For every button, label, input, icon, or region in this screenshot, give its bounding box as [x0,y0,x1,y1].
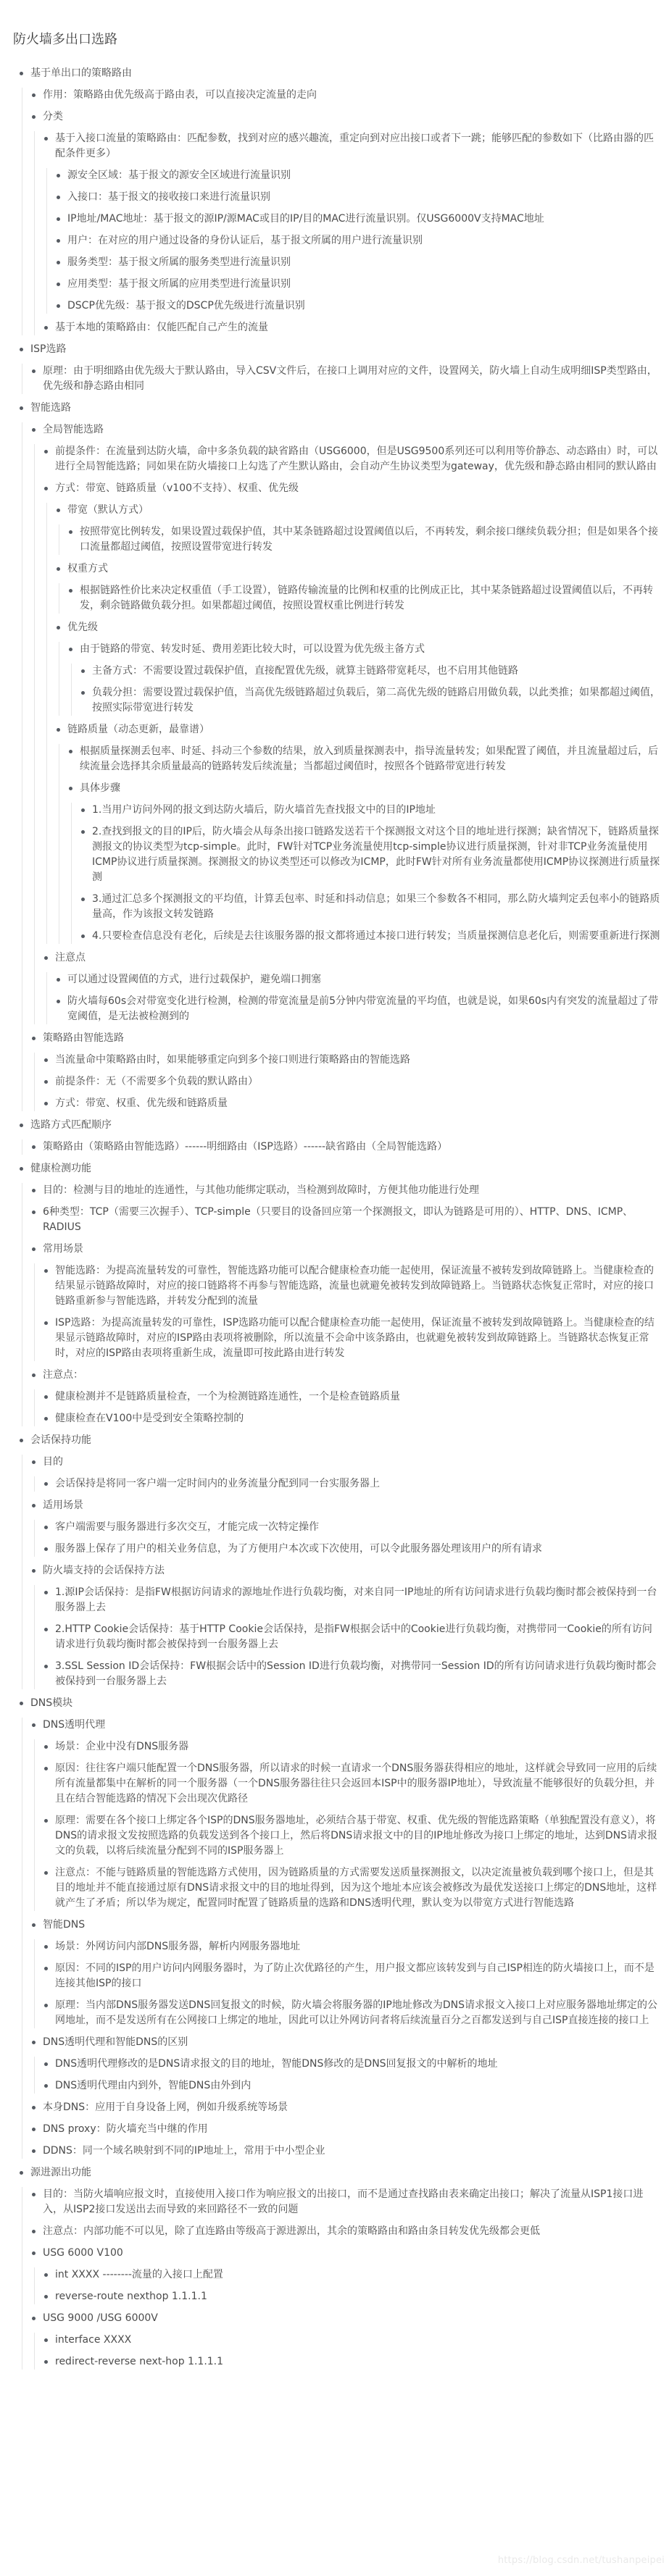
list-item-text: 原因：往往客户端只能配置一个DNS服务器，所以请求的时候一直请求一个DNS服务器… [55,1762,657,1805]
list-item-text: redirect-reverse next-hop 1.1.1.1 [55,2356,223,2367]
outline-list: 根据质量探测丢包率、时延、抖动三个参数的结果，放入到质量探测表中，指导流量转发；… [59,744,662,944]
outline-list: 场景：外网访问内部DNS服务器，解析内网服务器地址原因：不同的ISP的用户访问内… [34,1939,662,2028]
list-item-text: DNS透明代理由内到外，智能DNS由外到内 [55,2080,251,2091]
list-item-text: 策略路由智能选路 [43,1032,124,1044]
outline-list: 当流量命中策略路由时，如果能够重定向到多个接口则进行策略路由的智能选路前提条件：… [34,1053,662,1111]
list-item-text: 当流量命中策略路由时，如果能够重定向到多个接口则进行策略路由的智能选路 [55,1054,410,1066]
list-item: 权重方式根据链路性价比来决定权重值（手工设置），链路传输流量的比例和权重的比例成… [56,561,662,614]
list-item: 策略路由智能选路当流量命中策略路由时，如果能够重定向到多个接口则进行策略路由的智… [31,1031,662,1111]
list-item: 本身DNS：应用于自身设备上网，例如升级系统等场景 [31,2100,662,2115]
list-item-text: 源安全区域：基于报文的源安全区域进行流量识别 [67,170,291,181]
list-item-text: 健康检测并不是链路质量检查，一个为检测链路连通性，一个是检查链路质量 [55,1391,400,1402]
list-item-text: 1.源IP会话保持：是指FW根据访问请求的源地址作进行负载均衡，对来自同一IP地… [55,1586,657,1613]
list-item: 场景：企业中没有DNS服务器 [43,1739,662,1755]
list-item: 防火墙每60s会对带宽变化进行检测，检测的带宽流量是前5分钟内带宽流量的平均值，… [56,994,662,1024]
outline-list: 原理：由于明细路由优先级大于默认路由，导入CSV文件后，在接口上调用对应的文件，… [22,364,662,394]
list-item: 注意点：不能与链路质量的智能选路方式使用，因为链路质量的方式需要发送质量探测报文… [43,1865,662,1911]
list-item: 优先级由于链路的带宽、转发时延、费用差距比较大时，可以设置为优先级主备方式主备方… [56,620,662,716]
list-item-text: 原因：不同的ISP的用户访问内网服务器时，为了防止次优路径的产生，用户报文都应该… [55,1962,655,1989]
list-item: 用户：在对应的用户通过设备的身份认证后，基于报文所属的用户进行流量识别 [56,233,662,248]
list-item-text: 防火墙每60s会对带宽变化进行检测，检测的带宽流量是前5分钟内带宽流量的平均值，… [67,995,658,1022]
list-item-text: 可以通过设置阈值的方式，进行过载保护，避免端口拥塞 [67,974,321,985]
outline-list: 源安全区域：基于报文的源安全区域进行流量识别入接口：基于报文的接收接口来进行流量… [46,168,662,314]
list-item: 1.当用户访问外网的报文到达防火墙后，防火墙首先查找报文中的目的IP地址 [80,803,662,818]
list-item: redirect-reverse next-hop 1.1.1.1 [43,2354,662,2370]
list-item: 带宽（默认方式）按照带宽比例转发，如果设置过载保护值，其中某条链路超过设置阈值以… [56,503,662,555]
outline-list: 带宽（默认方式）按照带宽比例转发，如果设置过载保护值，其中某条链路超过设置阈值以… [46,503,662,944]
list-item: 3.通过汇总多个探测报文的平均值，计算丢包率、时延和抖动信息；如果三个参数各不相… [80,892,662,922]
list-item-text: 主备方式：不需要设置过载保护值，直接配置优先级，就算主链路带宽耗尽，也不启用其他… [92,665,518,677]
list-item: 根据链路性价比来决定权重值（手工设置），链路传输流量的比例和权重的比例成正比，其… [68,583,662,614]
list-item: 健康检测并不是链路质量检查，一个为检测链路连通性，一个是检查链路质量 [43,1389,662,1405]
list-item-text: DNS proxy：防火墙充当中继的作用 [43,2123,208,2135]
outline-list: 场景：企业中没有DNS服务器原因：往往客户端只能配置一个DNS服务器，所以请求的… [34,1739,662,1911]
list-item: 4.只要检查信息没有老化，后续是去往该服务器的报文都将通过本接口进行转发；当质量… [80,929,662,944]
list-item-text: DNS透明代理 [43,1719,105,1731]
list-item: 方式：带宽、权重、优先级和链路质量 [43,1096,662,1111]
list-item-text: 选路方式匹配顺序 [30,1119,112,1131]
list-item-text: ISP选路：为提高流量转发的可靠性，ISP选路功能可以配合健康检查功能一起使用，… [55,1317,655,1359]
list-item: reverse-route nexthop 1.1.1.1 [43,2289,662,2304]
list-item: 目的会话保持是将同一客户端一定时间内的业务流量分配到同一台实服务器上 [31,1455,662,1492]
list-item: 前提条件：无（不需要多个负载的默认路由） [43,1074,662,1090]
list-item: DSCP优先级：基于报文的DSCP优先级进行流量识别 [56,298,662,314]
outline-list: 前提条件：在流量到达防火墙，命中多条负载的缺省路由（USG6000，但是USG9… [34,444,662,1024]
list-item-text: DNS透明代理修改的是DNS请求报文的目的地址，智能DNS修改的是DNS回复报文… [55,2058,498,2070]
list-item-text: 方式：带宽、链路质量（v100不支持）、权重、优先级 [55,482,299,494]
outline-list: 会话保持是将同一客户端一定时间内的业务流量分配到同一台实服务器上 [34,1476,662,1492]
list-item: 注意点：健康检测并不是链路质量检查，一个为检测链路连通性，一个是检查链路质量健康… [31,1368,662,1426]
list-item: int XXXX --------流量的入接口上配置 [43,2267,662,2283]
list-item-text: 根据质量探测丢包率、时延、抖动三个参数的结果，放入到质量探测表中，指导流量转发；… [80,745,658,772]
list-item-text: 策略路由（策略路由智能选路）------明细路由（ISP选路）------缺省路… [43,1141,447,1153]
outline-list: 基于入接口流量的策略路由：匹配参数，找到对应的感兴趣流，重定向到对应出接口或者下… [34,131,662,335]
list-item-text: 场景：外网访问内部DNS服务器，解析内网服务器地址 [55,1941,300,1952]
list-item-text: 客户端需要与服务器进行多次交互，才能完成一次特定操作 [55,1521,319,1533]
list-item: 会话保持功能目的会话保持是将同一客户端一定时间内的业务流量分配到同一台实服务器上… [19,1433,662,1689]
list-item: 分类基于入接口流量的策略路由：匹配参数，找到对应的感兴趣流，重定向到对应出接口或… [31,109,662,335]
list-item-text: 3.通过汇总多个探测报文的平均值，计算丢包率、时延和抖动信息；如果三个参数各不相… [92,893,660,920]
list-item: 主备方式：不需要设置过载保护值，直接配置优先级，就算主链路带宽耗尽，也不启用其他… [80,664,662,679]
list-item: DNS透明代理修改的是DNS请求报文的目的地址，智能DNS修改的是DNS回复报文… [43,2057,662,2072]
list-item-text: DDNS：同一个域名映射到不同的IP地址上，常用于中小型企业 [43,2145,325,2157]
list-item: 按照带宽比例转发，如果设置过载保护值，其中某条链路超过设置阈值以后，不再转发，剩… [68,524,662,555]
outline-list: 按照带宽比例转发，如果设置过载保护值，其中某条链路超过设置阈值以后，不再转发，剩… [59,524,662,555]
list-item-text: 按照带宽比例转发，如果设置过载保护值，其中某条链路超过设置阈值以后，不再转发，剩… [80,526,658,553]
list-item-text: 基于单出口的策略路由 [30,67,132,79]
list-item-text: 4.只要检查信息没有老化，后续是去往该服务器的报文都将通过本接口进行转发；当质量… [92,930,660,942]
outline-list: 1.当用户访问外网的报文到达防火墙后，防火墙首先查找报文中的目的IP地址2.查找… [71,803,662,944]
list-item: 智能选路：为提高流量转发的可靠性，智能选路功能可以配合健康检查功能一起使用，保证… [43,1263,662,1309]
list-item: interface XXXX [43,2333,662,2348]
list-item-text: 2.HTTP Cookie会话保持：基于HTTP Cookie会话保持，是指FW… [55,1623,652,1650]
list-item: 原理：当内部DNS服务器发送DNS回复报文的时候，防火墙会将服务器的IP地址修改… [43,1998,662,2028]
list-item-text: 目的 [43,1456,63,1468]
page-title: 防火墙多出口选路 [13,30,662,49]
outline-list: 1.源IP会话保持：是指FW根据访问请求的源地址作进行负载均衡，对来自同一IP地… [34,1585,662,1689]
list-item: 入接口：基于报文的接收接口来进行流量识别 [56,190,662,205]
list-item: 具体步骤1.当用户访问外网的报文到达防火墙后，防火墙首先查找报文中的目的IP地址… [68,781,662,944]
list-item: 原因：往往客户端只能配置一个DNS服务器，所以请求的时候一直请求一个DNS服务器… [43,1761,662,1807]
list-item: DNS透明代理由内到外，智能DNS由外到内 [43,2078,662,2094]
list-item-text: 1.当用户访问外网的报文到达防火墙后，防火墙首先查找报文中的目的IP地址 [92,804,436,816]
list-item-text: 原理：由于明细路由优先级大于默认路由，导入CSV文件后，在接口上调用对应的文件，… [43,365,657,392]
outline-list: 目的：当防火墙响应报文时，直接使用入接口作为响应报文的出接口，而不是通过查找路由… [22,2187,662,2370]
list-item-text: 2.查找到报文的目的IP后，防火墙会从每条出接口链路发送若干个探测报文对这个目的… [92,826,660,883]
list-item: 注意点：内部功能不可以见，除了直连路由等级高于源进源出，其余的策略路由和路由条目… [31,2224,662,2239]
list-item: 健康检查在V100中是受到安全策略控制的 [43,1411,662,1426]
list-item: 常用场景智能选路：为提高流量转发的可靠性，智能选路功能可以配合健康检查功能一起使… [31,1242,662,1361]
list-item-text: 由于链路的带宽、转发时延、费用差距比较大时，可以设置为优先级主备方式 [80,643,425,655]
outline-list: 客户端需要与服务器进行多次交互，才能完成一次特定操作服务器上保存了用户的相关业务… [34,1520,662,1557]
list-item-text: USG 6000 V100 [43,2247,123,2259]
list-item: 目的：当防火墙响应报文时，直接使用入接口作为响应报文的出接口，而不是通过查找路由… [31,2187,662,2217]
list-item-text: 入接口：基于报文的接收接口来进行流量识别 [67,191,270,203]
list-item: 应用类型：基于报文所属的应用类型进行流量识别 [56,277,662,292]
list-item: 当流量命中策略路由时，如果能够重定向到多个接口则进行策略路由的智能选路 [43,1053,662,1068]
list-item: 客户端需要与服务器进行多次交互，才能完成一次特定操作 [43,1520,662,1535]
list-item-text: 前提条件：在流量到达防火墙，命中多条负载的缺省路由（USG6000，但是USG9… [55,446,657,472]
list-item-text: 注意点：内部功能不可以见，除了直连路由等级高于源进源出，其余的策略路由和路由条目… [43,2225,540,2237]
list-item-text: 原理：需要在各个接口上绑定各个ISP的DNS服务器地址，必须结合基于带宽、权重、… [55,1815,657,1857]
list-item: 3.SSL Session ID会话保持：FW根据会话中的Session ID进… [43,1659,662,1689]
list-item-text: reverse-route nexthop 1.1.1.1 [55,2291,207,2302]
outline-list: 作用：策略路由优先级高于路由表，可以直接决定流量的走向分类基于入接口流量的策略路… [22,88,662,335]
list-item-text: 场景：企业中没有DNS服务器 [55,1741,188,1752]
list-item-text: IP地址/MAC地址：基于报文的源IP/源MAC或目的IP/目的MAC进行流量识… [67,213,544,225]
list-item-text: 注意点： [43,1369,83,1381]
list-item-text: 会话保持是将同一客户端一定时间内的业务流量分配到同一台实服务器上 [55,1478,380,1489]
list-item: 注意点可以通过设置阈值的方式，进行过载保护，避免端口拥塞防火墙每60s会对带宽变… [43,950,662,1024]
list-item-text: 前提条件：无（不需要多个负载的默认路由） [55,1076,258,1087]
list-item-text: DNS模块 [30,1697,72,1709]
list-item-text: interface XXXX [55,2334,131,2346]
list-item: 可以通过设置阈值的方式，进行过载保护，避免端口拥塞 [56,972,662,987]
outline-list: DNS透明代理场景：企业中没有DNS服务器原因：往往客户端只能配置一个DNS服务… [22,1718,662,2159]
list-item-text: 目的：当防火墙响应报文时，直接使用入接口作为响应报文的出接口，而不是通过查找路由… [43,2188,643,2215]
outline-list: 可以通过设置阈值的方式，进行过载保护，避免端口拥塞防火墙每60s会对带宽变化进行… [46,972,662,1024]
watermark-url: https://blog.csdn.net/tushanpeipei [498,2555,665,2566]
outline-list: 健康检测并不是链路质量检查，一个为检测链路连通性，一个是检查链路质量健康检查在V… [34,1389,662,1426]
list-item-text: 具体步骤 [80,782,120,794]
list-item-text: 应用类型：基于报文所属的应用类型进行流量识别 [67,278,291,290]
list-item: 源安全区域：基于报文的源安全区域进行流量识别 [56,168,662,183]
list-item: 前提条件：在流量到达防火墙，命中多条负载的缺省路由（USG6000，但是USG9… [43,444,662,474]
outline-list: 目的：检测与目的地址的连通性，与其他功能绑定联动，当检测到故障时，方便其他功能进… [22,1183,662,1426]
list-item-text: 根据链路性价比来决定权重值（手工设置），链路传输流量的比例和权重的比例成正比，其… [80,585,653,611]
outline-list: 全局智能选路前提条件：在流量到达防火墙，命中多条负载的缺省路由（USG6000，… [22,422,662,1111]
list-item: 场景：外网访问内部DNS服务器，解析内网服务器地址 [43,1939,662,1954]
list-item-text: 适用场景 [43,1500,83,1511]
list-item-text: 防火墙支持的会话保持方法 [43,1565,165,1576]
list-item-text: 权重方式 [67,563,108,574]
list-item-text: int XXXX --------流量的入接口上配置 [55,2269,223,2280]
list-item-text: 智能选路 [30,402,71,414]
list-item: USG 9000 /USG 6000Vinterface XXXXredirec… [31,2311,662,2370]
list-item: 服务类型：基于报文所属的服务类型进行流量识别 [56,255,662,270]
outline-list: 目的会话保持是将同一客户端一定时间内的业务流量分配到同一台实服务器上适用场景客户… [22,1455,662,1689]
list-item: 1.源IP会话保持：是指FW根据访问请求的源地址作进行负载均衡，对来自同一IP地… [43,1585,662,1615]
list-item: ISP选路：为提高流量转发的可靠性，ISP选路功能可以配合健康检查功能一起使用，… [43,1316,662,1361]
list-item-text: 注意点 [55,952,86,963]
list-item: 防火墙支持的会话保持方法1.源IP会话保持：是指FW根据访问请求的源地址作进行负… [31,1563,662,1689]
list-item: 会话保持是将同一客户端一定时间内的业务流量分配到同一台实服务器上 [43,1476,662,1492]
list-item-text: DSCP优先级：基于报文的DSCP优先级进行流量识别 [67,300,305,311]
list-item: 6种类型：TCP（需要三次握手）、TCP-simple（只要目的设备回应第一个探… [31,1205,662,1235]
list-item-text: 常用场景 [43,1243,83,1255]
outline-list: 根据链路性价比来决定权重值（手工设置），链路传输流量的比例和权重的比例成正比，其… [59,583,662,614]
list-item: DNS proxy：防火墙充当中继的作用 [31,2122,662,2137]
list-item-text: 本身DNS：应用于自身设备上网，例如升级系统等场景 [43,2102,288,2113]
list-item-text: 源进源出功能 [30,2167,91,2178]
list-item-text: 3.SSL Session ID会话保持：FW根据会话中的Session ID进… [55,1660,657,1687]
list-item-text: 作用：策略路由优先级高于路由表，可以直接决定流量的走向 [43,89,317,101]
article-page: 防火墙多出口选路 基于单出口的策略路由作用：策略路由优先级高于路由表，可以直接决… [0,0,669,2427]
list-item-text: ISP选路 [30,343,66,355]
list-item-text: 健康检测功能 [30,1163,91,1174]
outline-list: 由于链路的带宽、转发时延、费用差距比较大时，可以设置为优先级主备方式主备方式：不… [59,642,662,716]
list-item: 适用场景客户端需要与服务器进行多次交互，才能完成一次特定操作服务器上保存了用户的… [31,1498,662,1557]
outline-list: 策略路由（策略路由智能选路）------明细路由（ISP选路）------缺省路… [22,1139,662,1155]
list-item: 链路质量（动态更新，最靠谱）根据质量探测丢包率、时延、抖动三个参数的结果，放入到… [56,722,662,944]
list-item: 策略路由（策略路由智能选路）------明细路由（ISP选路）------缺省路… [31,1139,662,1155]
list-item: IP地址/MAC地址：基于报文的源IP/源MAC或目的IP/目的MAC进行流量识… [56,212,662,227]
list-item: 原因：不同的ISP的用户访问内网服务器时，为了防止次优路径的产生，用户报文都应该… [43,1961,662,1991]
list-item: 智能DNS场景：外网访问内部DNS服务器，解析内网服务器地址原因：不同的ISP的… [31,1918,662,2028]
list-item: 基于入接口流量的策略路由：匹配参数，找到对应的感兴趣流，重定向到对应出接口或者下… [43,131,662,314]
list-item-text: 基于本地的策略路由：仅能匹配自己产生的流量 [55,322,268,333]
list-item: 全局智能选路前提条件：在流量到达防火墙，命中多条负载的缺省路由（USG6000，… [31,422,662,1024]
list-item: ISP选路原理：由于明细路由优先级大于默认路由，导入CSV文件后，在接口上调用对… [19,342,662,394]
list-item: 原理：需要在各个接口上绑定各个ISP的DNS服务器地址，必须结合基于带宽、权重、… [43,1813,662,1859]
list-item-text: 链路质量（动态更新，最靠谱） [67,724,209,735]
list-item-text: USG 9000 /USG 6000V [43,2312,158,2324]
outline-list: 主备方式：不需要设置过载保护值，直接配置优先级，就算主链路带宽耗尽，也不启用其他… [71,664,662,716]
list-item: 源进源出功能目的：当防火墙响应报文时，直接使用入接口作为响应报文的出接口，而不是… [19,2165,662,2370]
list-item: 2.HTTP Cookie会话保持：基于HTTP Cookie会话保持，是指FW… [43,1622,662,1652]
list-item: 智能选路全局智能选路前提条件：在流量到达防火墙，命中多条负载的缺省路由（USG6… [19,401,662,1111]
list-item: USG 6000 V100int XXXX --------流量的入接口上配置r… [31,2246,662,2304]
list-item: 健康检测功能目的：检测与目的地址的连通性，与其他功能绑定联动，当检测到故障时，方… [19,1161,662,1426]
list-item-text: 原理：当内部DNS服务器发送DNS回复报文的时候，防火墙会将服务器的IP地址修改… [55,1999,657,2026]
list-item: 方式：带宽、链路质量（v100不支持）、权重、优先级带宽（默认方式）按照带宽比例… [43,481,662,944]
list-item-text: 带宽（默认方式） [67,504,149,516]
list-item-text: 用户：在对应的用户通过设备的身份认证后，基于报文所属的用户进行流量识别 [67,235,423,246]
list-item: 作用：策略路由优先级高于路由表，可以直接决定流量的走向 [31,88,662,103]
list-item: 原理：由于明细路由优先级大于默认路由，导入CSV文件后，在接口上调用对应的文件，… [31,364,662,394]
list-item-text: 分类 [43,111,63,122]
list-item: DNS透明代理场景：企业中没有DNS服务器原因：往往客户端只能配置一个DNS服务… [31,1718,662,1911]
list-item: 基于单出口的策略路由作用：策略路由优先级高于路由表，可以直接决定流量的走向分类基… [19,66,662,335]
list-item-text: 负载分担：需要设置过载保护值，当高优先级链路超过负载后，第二高优先级的链路启用做… [92,687,660,714]
list-item: 选路方式匹配顺序策略路由（策略路由智能选路）------明细路由（ISP选路）-… [19,1118,662,1155]
outline-list: 智能选路：为提高流量转发的可靠性，智能选路功能可以配合健康检查功能一起使用，保证… [34,1263,662,1361]
list-item-text: 优先级 [67,622,98,633]
list-item-text: DNS透明代理和智能DNS的区别 [43,2036,188,2048]
list-item-text: 注意点：不能与链路质量的智能选路方式使用，因为链路质量的方式需要发送质量探测报文… [55,1867,657,1909]
outline: 基于单出口的策略路由作用：策略路由优先级高于路由表，可以直接决定流量的走向分类基… [13,66,662,2370]
list-item-text: 智能选路：为提高流量转发的可靠性，智能选路功能可以配合健康检查功能一起使用，保证… [55,1265,654,1307]
list-item: DDNS：同一个域名映射到不同的IP地址上，常用于中小型企业 [31,2144,662,2159]
outline-list: interface XXXXredirect-reverse next-hop … [34,2333,662,2370]
list-item: 目的：检测与目的地址的连通性，与其他功能绑定联动，当检测到故障时，方便其他功能进… [31,1183,662,1198]
list-item: DNS模块DNS透明代理场景：企业中没有DNS服务器原因：往往客户端只能配置一个… [19,1696,662,2159]
list-item-text: 智能DNS [43,1919,85,1931]
list-item: 服务器上保存了用户的相关业务信息，为了方便用户本次或下次使用，可以令此服务器处理… [43,1542,662,1557]
outline-list: DNS透明代理修改的是DNS请求报文的目的地址，智能DNS修改的是DNS回复报文… [34,2057,662,2094]
list-item: 负载分担：需要设置过载保护值，当高优先级链路超过负载后，第二高优先级的链路启用做… [80,685,662,716]
list-item: 2.查找到报文的目的IP后，防火墙会从每条出接口链路发送若干个探测报文对这个目的… [80,824,662,885]
outline-list: 基于单出口的策略路由作用：策略路由优先级高于路由表，可以直接决定流量的走向分类基… [13,66,662,2370]
list-item-text: 方式：带宽、权重、优先级和链路质量 [55,1097,228,1109]
list-item: DNS透明代理和智能DNS的区别DNS透明代理修改的是DNS请求报文的目的地址，… [31,2035,662,2094]
list-item-text: 基于入接口流量的策略路由：匹配参数，找到对应的感兴趣流，重定向到对应出接口或者下… [55,133,654,159]
list-item: 基于本地的策略路由：仅能匹配自己产生的流量 [43,320,662,335]
list-item-text: 会话保持功能 [30,1434,91,1446]
outline-list: int XXXX --------流量的入接口上配置reverse-route … [34,2267,662,2304]
list-item-text: 服务器上保存了用户的相关业务信息，为了方便用户本次或下次使用，可以令此服务器处理… [55,1543,542,1555]
list-item: 由于链路的带宽、转发时延、费用差距比较大时，可以设置为优先级主备方式主备方式：不… [68,642,662,716]
list-item-text: 6种类型：TCP（需要三次握手）、TCP-simple（只要目的设备回应第一个探… [43,1206,633,1233]
list-item: 根据质量探测丢包率、时延、抖动三个参数的结果，放入到质量探测表中，指导流量转发；… [68,744,662,774]
list-item-text: 目的：检测与目的地址的连通性，与其他功能绑定联动，当检测到故障时，方便其他功能进… [43,1184,479,1196]
list-item-text: 健康检查在V100中是受到安全策略控制的 [55,1413,244,1424]
list-item-text: 服务类型：基于报文所属的服务类型进行流量识别 [67,256,291,268]
list-item-text: 全局智能选路 [43,424,104,435]
